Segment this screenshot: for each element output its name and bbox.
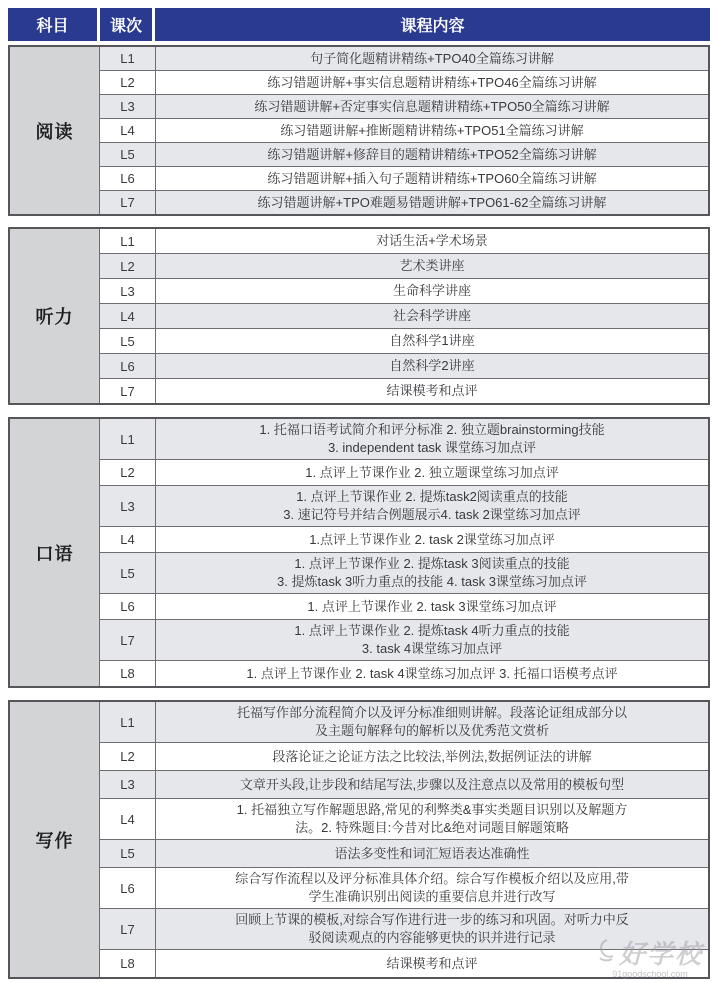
content-cell: 1. 点评上节课作业 2. task 3课堂练习加点评 [156, 594, 708, 619]
table-row: L61. 点评上节课作业 2. task 3课堂练习加点评 [100, 593, 708, 619]
table-row: L7练习错题讲解+TPO难题易错题讲解+TPO61-62全篇练习讲解 [100, 190, 708, 214]
content-cell: 社会科学讲座 [156, 304, 708, 328]
lesson-cell: L6 [100, 594, 156, 619]
content-cell: 1. 点评上节课作业 2. 提炼task 3阅读重点的技能 3. 提炼task … [156, 553, 708, 593]
content-cell: 文章开头段,让步段和结尾写法,步骤以及注意点以及常用的模板句型 [156, 771, 708, 798]
table-row: L7结课模考和点评 [100, 378, 708, 403]
lesson-cell: L1 [100, 702, 156, 742]
content-cell: 结课模考和点评 [156, 950, 708, 977]
lesson-cell: L5 [100, 840, 156, 867]
lesson-cell: L2 [100, 460, 156, 485]
content-cell: 练习错题讲解+否定事实信息题精讲精练+TPO50全篇练习讲解 [156, 95, 708, 118]
content-cell: 1. 托福独立写作解题思路,常见的利弊类&事实类题目识别以及解题方 法。2. 特… [156, 799, 708, 839]
lesson-cell: L6 [100, 868, 156, 908]
content-cell: 练习错题讲解+修辞目的题精讲精练+TPO52全篇练习讲解 [156, 143, 708, 166]
lesson-cell: L2 [100, 254, 156, 278]
table-row: L2练习错题讲解+事实信息题精讲精练+TPO46全篇练习讲解 [100, 70, 708, 94]
content-cell: 自然科学2讲座 [156, 354, 708, 378]
section-reading: 阅读L1句子简化题精讲精练+TPO40全篇练习讲解L2练习错题讲解+事实信息题精… [8, 45, 710, 216]
content-cell: 1.点评上节课作业 2. task 2课堂练习加点评 [156, 527, 708, 552]
lesson-cell: L6 [100, 354, 156, 378]
subject-cell-listening: 听力 [10, 229, 100, 403]
column-header-content: 课程内容 [155, 8, 710, 41]
content-cell: 1. 点评上节课作业 2. 独立题课堂练习加点评 [156, 460, 708, 485]
table-row: L5练习错题讲解+修辞目的题精讲精练+TPO52全篇练习讲解 [100, 142, 708, 166]
lesson-cell: L3 [100, 95, 156, 118]
table-row: L6综合写作流程以及评分标准具体介绍。综合写作模板介绍以及应用,带 学生准确识别… [100, 867, 708, 908]
table-row: L31. 点评上节课作业 2. 提炼task2阅读重点的技能 3. 速记符号并结… [100, 485, 708, 526]
content-cell: 1. 点评上节课作业 2. 提炼task2阅读重点的技能 3. 速记符号并结合例… [156, 486, 708, 526]
table-row: L5自然科学1讲座 [100, 328, 708, 353]
section-listening: 听力L1对话生活+学术场景L2艺术类讲座L3生命科学讲座L4社会科学讲座L5自然… [8, 227, 710, 405]
lesson-cell: L1 [100, 47, 156, 70]
lesson-cell: L4 [100, 799, 156, 839]
table-header: 科目 课次 课程内容 [8, 8, 710, 41]
table-row: L2艺术类讲座 [100, 253, 708, 278]
lesson-cell: L5 [100, 329, 156, 353]
subject-cell-writing: 写作 [10, 702, 100, 977]
table-row: L1托福写作部分流程简介以及评分标准细则讲解。段落论证组成部分以 及主题句解释句… [100, 702, 708, 742]
lesson-cell: L3 [100, 771, 156, 798]
table-row: L7回顾上节课的模板,对综合写作进行进一步的练习和巩固。对听力中反 驳阅读观点的… [100, 908, 708, 949]
lesson-cell: L7 [100, 191, 156, 214]
lesson-cell: L4 [100, 304, 156, 328]
table-row: L2段落论证之论证方法之比较法,举例法,数据例证法的讲解 [100, 742, 708, 770]
content-cell: 艺术类讲座 [156, 254, 708, 278]
content-cell: 自然科学1讲座 [156, 329, 708, 353]
lesson-cell: L8 [100, 950, 156, 977]
content-cell: 1. 点评上节课作业 2. task 4课堂练习加点评 3. 托福口语模考点评 [156, 661, 708, 686]
content-cell: 结课模考和点评 [156, 379, 708, 403]
content-cell: 托福写作部分流程简介以及评分标准细则讲解。段落论证组成部分以 及主题句解释句的解… [156, 702, 708, 742]
content-cell: 语法多变性和词汇短语表达准确性 [156, 840, 708, 867]
content-cell: 1. 点评上节课作业 2. 提炼task 4听力重点的技能 3. task 4课… [156, 620, 708, 660]
content-cell: 生命科学讲座 [156, 279, 708, 303]
table-row: L3文章开头段,让步段和结尾写法,步骤以及注意点以及常用的模板句型 [100, 770, 708, 798]
table-row: L5语法多变性和词汇短语表达准确性 [100, 839, 708, 867]
subject-cell-speaking: 口语 [10, 419, 100, 686]
content-cell: 练习错题讲解+插入句子题精讲精练+TPO60全篇练习讲解 [156, 167, 708, 190]
lesson-cell: L6 [100, 167, 156, 190]
sections: 阅读L1句子简化题精讲精练+TPO40全篇练习讲解L2练习错题讲解+事实信息题精… [8, 45, 710, 979]
content-cell: 练习错题讲解+TPO难题易错题讲解+TPO61-62全篇练习讲解 [156, 191, 708, 214]
table-row: L3生命科学讲座 [100, 278, 708, 303]
lesson-cell: L7 [100, 379, 156, 403]
lesson-cell: L2 [100, 71, 156, 94]
lesson-cell: L2 [100, 743, 156, 770]
content-cell: 回顾上节课的模板,对综合写作进行进一步的练习和巩固。对听力中反 驳阅读观点的内容… [156, 909, 708, 949]
lesson-cell: L8 [100, 661, 156, 686]
column-header-subject: 科目 [8, 8, 100, 41]
content-cell: 练习错题讲解+推断题精讲精练+TPO51全篇练习讲解 [156, 119, 708, 142]
section-speaking: 口语L11. 托福口语考试简介和评分标准 2. 独立题brainstorming… [8, 417, 710, 688]
table-row: L4练习错题讲解+推断题精讲精练+TPO51全篇练习讲解 [100, 118, 708, 142]
table-row: L21. 点评上节课作业 2. 独立题课堂练习加点评 [100, 459, 708, 485]
table-row: L41.点评上节课作业 2. task 2课堂练习加点评 [100, 526, 708, 552]
lesson-cell: L4 [100, 527, 156, 552]
lesson-cell: L1 [100, 419, 156, 459]
lesson-cell: L3 [100, 279, 156, 303]
table-row: L1句子简化题精讲精练+TPO40全篇练习讲解 [100, 47, 708, 70]
table-row: L3练习错题讲解+否定事实信息题精讲精练+TPO50全篇练习讲解 [100, 94, 708, 118]
lesson-cell: L5 [100, 143, 156, 166]
content-cell: 对话生活+学术场景 [156, 229, 708, 253]
table-row: L81. 点评上节课作业 2. task 4课堂练习加点评 3. 托福口语模考点… [100, 660, 708, 686]
lesson-cell: L3 [100, 486, 156, 526]
content-cell: 段落论证之论证方法之比较法,举例法,数据例证法的讲解 [156, 743, 708, 770]
lesson-cell: L7 [100, 909, 156, 949]
course-schedule-page: 科目 课次 课程内容 阅读L1句子简化题精讲精练+TPO40全篇练习讲解L2练习… [0, 0, 718, 982]
table-row: L71. 点评上节课作业 2. 提炼task 4听力重点的技能 3. task … [100, 619, 708, 660]
subject-cell-reading: 阅读 [10, 47, 100, 214]
content-cell: 综合写作流程以及评分标准具体介绍。综合写作模板介绍以及应用,带 学生准确识别出阅… [156, 868, 708, 908]
table-row: L4社会科学讲座 [100, 303, 708, 328]
section-writing: 写作L1托福写作部分流程简介以及评分标准细则讲解。段落论证组成部分以 及主题句解… [8, 700, 710, 979]
content-cell: 练习错题讲解+事实信息题精讲精练+TPO46全篇练习讲解 [156, 71, 708, 94]
lesson-cell: L7 [100, 620, 156, 660]
content-cell: 句子简化题精讲精练+TPO40全篇练习讲解 [156, 47, 708, 70]
table-row: L11. 托福口语考试简介和评分标准 2. 独立题brainstorming技能… [100, 419, 708, 459]
table-row: L6自然科学2讲座 [100, 353, 708, 378]
lesson-cell: L1 [100, 229, 156, 253]
table-row: L6练习错题讲解+插入句子题精讲精练+TPO60全篇练习讲解 [100, 166, 708, 190]
table-row: L1对话生活+学术场景 [100, 229, 708, 253]
table-row: L51. 点评上节课作业 2. 提炼task 3阅读重点的技能 3. 提炼tas… [100, 552, 708, 593]
table-row: L8结课模考和点评 [100, 949, 708, 977]
lesson-cell: L4 [100, 119, 156, 142]
table-row: L41. 托福独立写作解题思路,常见的利弊类&事实类题目识别以及解题方 法。2.… [100, 798, 708, 839]
content-cell: 1. 托福口语考试简介和评分标准 2. 独立题brainstorming技能 3… [156, 419, 708, 459]
column-header-lesson: 课次 [100, 8, 155, 41]
lesson-cell: L5 [100, 553, 156, 593]
